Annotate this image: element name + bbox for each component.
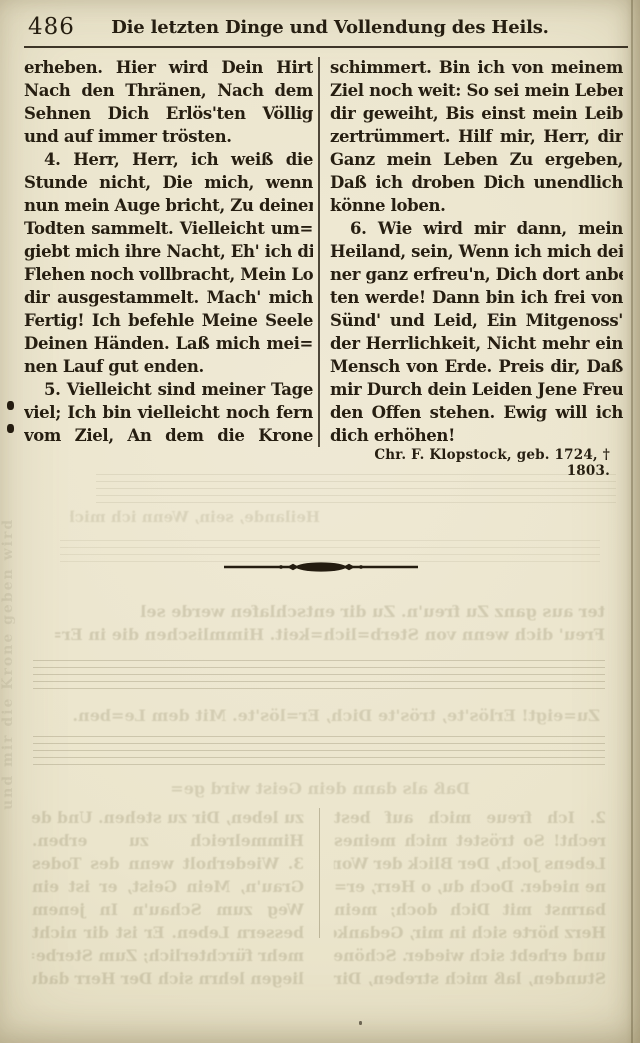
ink-speck bbox=[7, 424, 14, 433]
text-line: dir geweiht, Bis einst mein Leib bbox=[330, 102, 623, 125]
page-edge-line bbox=[631, 0, 633, 1043]
text-line: 6. Wie wird mir dann, mein bbox=[330, 217, 623, 240]
bleedthrough-text: Stunden, laß mich streben, Dir bbox=[334, 967, 606, 990]
bleedthrough-text: Zu=eigt! Erlös'te, trös'te Dich, Er=lös'… bbox=[40, 704, 600, 727]
bleedthrough-text: zu leben, Dir zu stehen. Und dein bbox=[32, 806, 304, 829]
page-number: 486 bbox=[28, 14, 75, 40]
bleedthrough-text: barmst mit Dich doch; mein bbox=[334, 898, 606, 921]
bleedthrough-text: Grau'n, Mein Geist, er ist ein bbox=[32, 875, 304, 898]
text-line: 4. Herr, Herr, ich weiß die bbox=[24, 148, 313, 171]
bleedthrough-text: Daß als dann dein Geist wird ge=ben. bbox=[170, 777, 470, 800]
bleedthrough-text: Lebens Joch, Der Blick der Won= bbox=[334, 852, 606, 875]
bleedthrough-text: und erhebt sich wieder. Schöne bbox=[334, 944, 606, 967]
text-line: ten werde! Dann bin ich frei von bbox=[330, 286, 623, 309]
text-line: und auf immer trösten. bbox=[24, 125, 313, 148]
bleedthrough-text: mehr fürchterlich; Zum Sterbe= bbox=[32, 944, 304, 967]
text-line: Stunde nicht, Die mich, wenn bbox=[24, 171, 313, 194]
ink-speck bbox=[7, 401, 14, 410]
column-divider-rule bbox=[318, 57, 320, 447]
header-title: Die letzten Dinge und Vollendung des Hei… bbox=[110, 17, 550, 38]
bleedthrough-text: 2. Ich freue mich auf best bbox=[334, 806, 606, 829]
text-line: zertrümmert. Hilf mir, Herr, dir bbox=[330, 125, 623, 148]
bleedthrough-column: zu leben, Dir zu stehen. Und deinHimmelr… bbox=[32, 806, 304, 990]
text-line: könne loben. bbox=[330, 194, 623, 217]
text-line: Nach den Thränen, Nach dem bbox=[24, 79, 313, 102]
text-line: ner ganz erfreu'n, Dich dort anbe= bbox=[330, 263, 623, 286]
bleedthrough-text: Heilande, sein, Wenn ich mich bbox=[70, 508, 320, 526]
bleedthrough-text: Himmelreich zu erben. bbox=[32, 829, 304, 852]
bleedthrough-column-divider bbox=[319, 808, 320, 938]
text-line: Heiland, sein, Wenn ich mich dei= bbox=[330, 240, 623, 263]
text-line: Ziel noch weit: So sei mein Leben bbox=[330, 79, 623, 102]
text-line: Mensch von Erde. Preis dir, Daß bbox=[330, 355, 623, 378]
page-edge-shadow bbox=[626, 0, 640, 1043]
bleedthrough-text: recht! So tröstet mich meines bbox=[334, 829, 606, 852]
bleedthrough-text: ne nieder. Doch du, o Herr, er= bbox=[334, 875, 606, 898]
text-line: dich erhöhen! bbox=[330, 424, 623, 447]
text-line: Ganz mein Leben Zu ergeben, bbox=[330, 148, 623, 171]
text-line: der Herrlichkeit, Nicht mehr ein bbox=[330, 332, 623, 355]
music-staff-ghost bbox=[33, 660, 605, 693]
text-line: viel; Ich bin vielleicht noch fern bbox=[24, 401, 313, 424]
attribution-line: Chr. F. Klopstock, geb. 1724, † 1803. bbox=[330, 447, 618, 479]
column-right: schimmert. Bin ich von meinemZiel noch w… bbox=[330, 56, 623, 447]
bleedthrough-margin-text: und mir die Krone geben wird bbox=[0, 150, 16, 810]
ink-speck bbox=[359, 1021, 362, 1025]
text-line: den Offen stehen. Ewig will ich bbox=[330, 401, 623, 424]
text-line: 5. Vielleicht sind meiner Tage bbox=[24, 378, 313, 401]
bleedthrough-text: 3. Wiederholt wenn des Todes bbox=[32, 852, 304, 875]
bleedthrough-text: ter aus ganz Zu freu'n. Zu dir entschlaf… bbox=[55, 600, 605, 623]
text-line: Fertig! Ich befehle Meine Seele bbox=[24, 309, 313, 332]
text-line: Sehnen Dich Erlös'ten Völlig bbox=[24, 102, 313, 125]
bleedthrough-text: Weg zum Schau'n In jenem bbox=[32, 898, 304, 921]
bleedthrough-text: Freu' dich wenn von Sterb=lich=keit. Him… bbox=[55, 623, 605, 646]
bleedthrough-text: bessern Leben. Er ist dir nicht bbox=[32, 921, 304, 944]
text-line: Flehen noch vollbracht, Mein Lob bbox=[24, 263, 313, 286]
bleedthrough-text: Herz hörte sich in mir, Gedanke bbox=[334, 921, 606, 944]
text-line: erheben. Hier wird Dein Hirt bbox=[24, 56, 313, 79]
text-line: schimmert. Bin ich von meinem bbox=[330, 56, 623, 79]
text-line: Todten sammelt. Vielleicht um= bbox=[24, 217, 313, 240]
header-rule bbox=[24, 46, 628, 48]
text-line: Sünd' und Leid, Ein Mitgenoss' bbox=[330, 309, 623, 332]
text-line: nun mein Auge bricht, Zu deinen bbox=[24, 194, 313, 217]
scanned-book-page: 486 Die letzten Dinge und Vollendung des… bbox=[0, 0, 640, 1043]
bleedthrough-column: 2. Ich freue mich auf bestrecht! So trös… bbox=[334, 806, 606, 990]
text-line: nen Lauf gut enden. bbox=[24, 355, 313, 378]
text-line: Deinen Händen. Laß mich mei= bbox=[24, 332, 313, 355]
text-line: vom Ziel, An dem die Krone bbox=[24, 424, 313, 447]
text-line: giebt mich ihre Nacht, Eh' ich dieß bbox=[24, 240, 313, 263]
text-line: Daß ich droben Dich unendlich bbox=[330, 171, 623, 194]
bleedthrough-text-block: ter aus ganz Zu freu'n. Zu dir entschlaf… bbox=[55, 600, 605, 646]
music-staff-ghost bbox=[33, 736, 605, 769]
column-left: erheben. Hier wird Dein HirtNach den Thr… bbox=[24, 56, 313, 447]
section-divider-ornament bbox=[221, 558, 421, 576]
text-line: mir Durch dein Leiden Jene Freu= bbox=[330, 378, 623, 401]
text-line: dir ausgestammelt. Mach' mich bbox=[24, 286, 313, 309]
bleedthrough-text: liegen lehrn sich Der Herr dadurch bbox=[32, 967, 304, 990]
